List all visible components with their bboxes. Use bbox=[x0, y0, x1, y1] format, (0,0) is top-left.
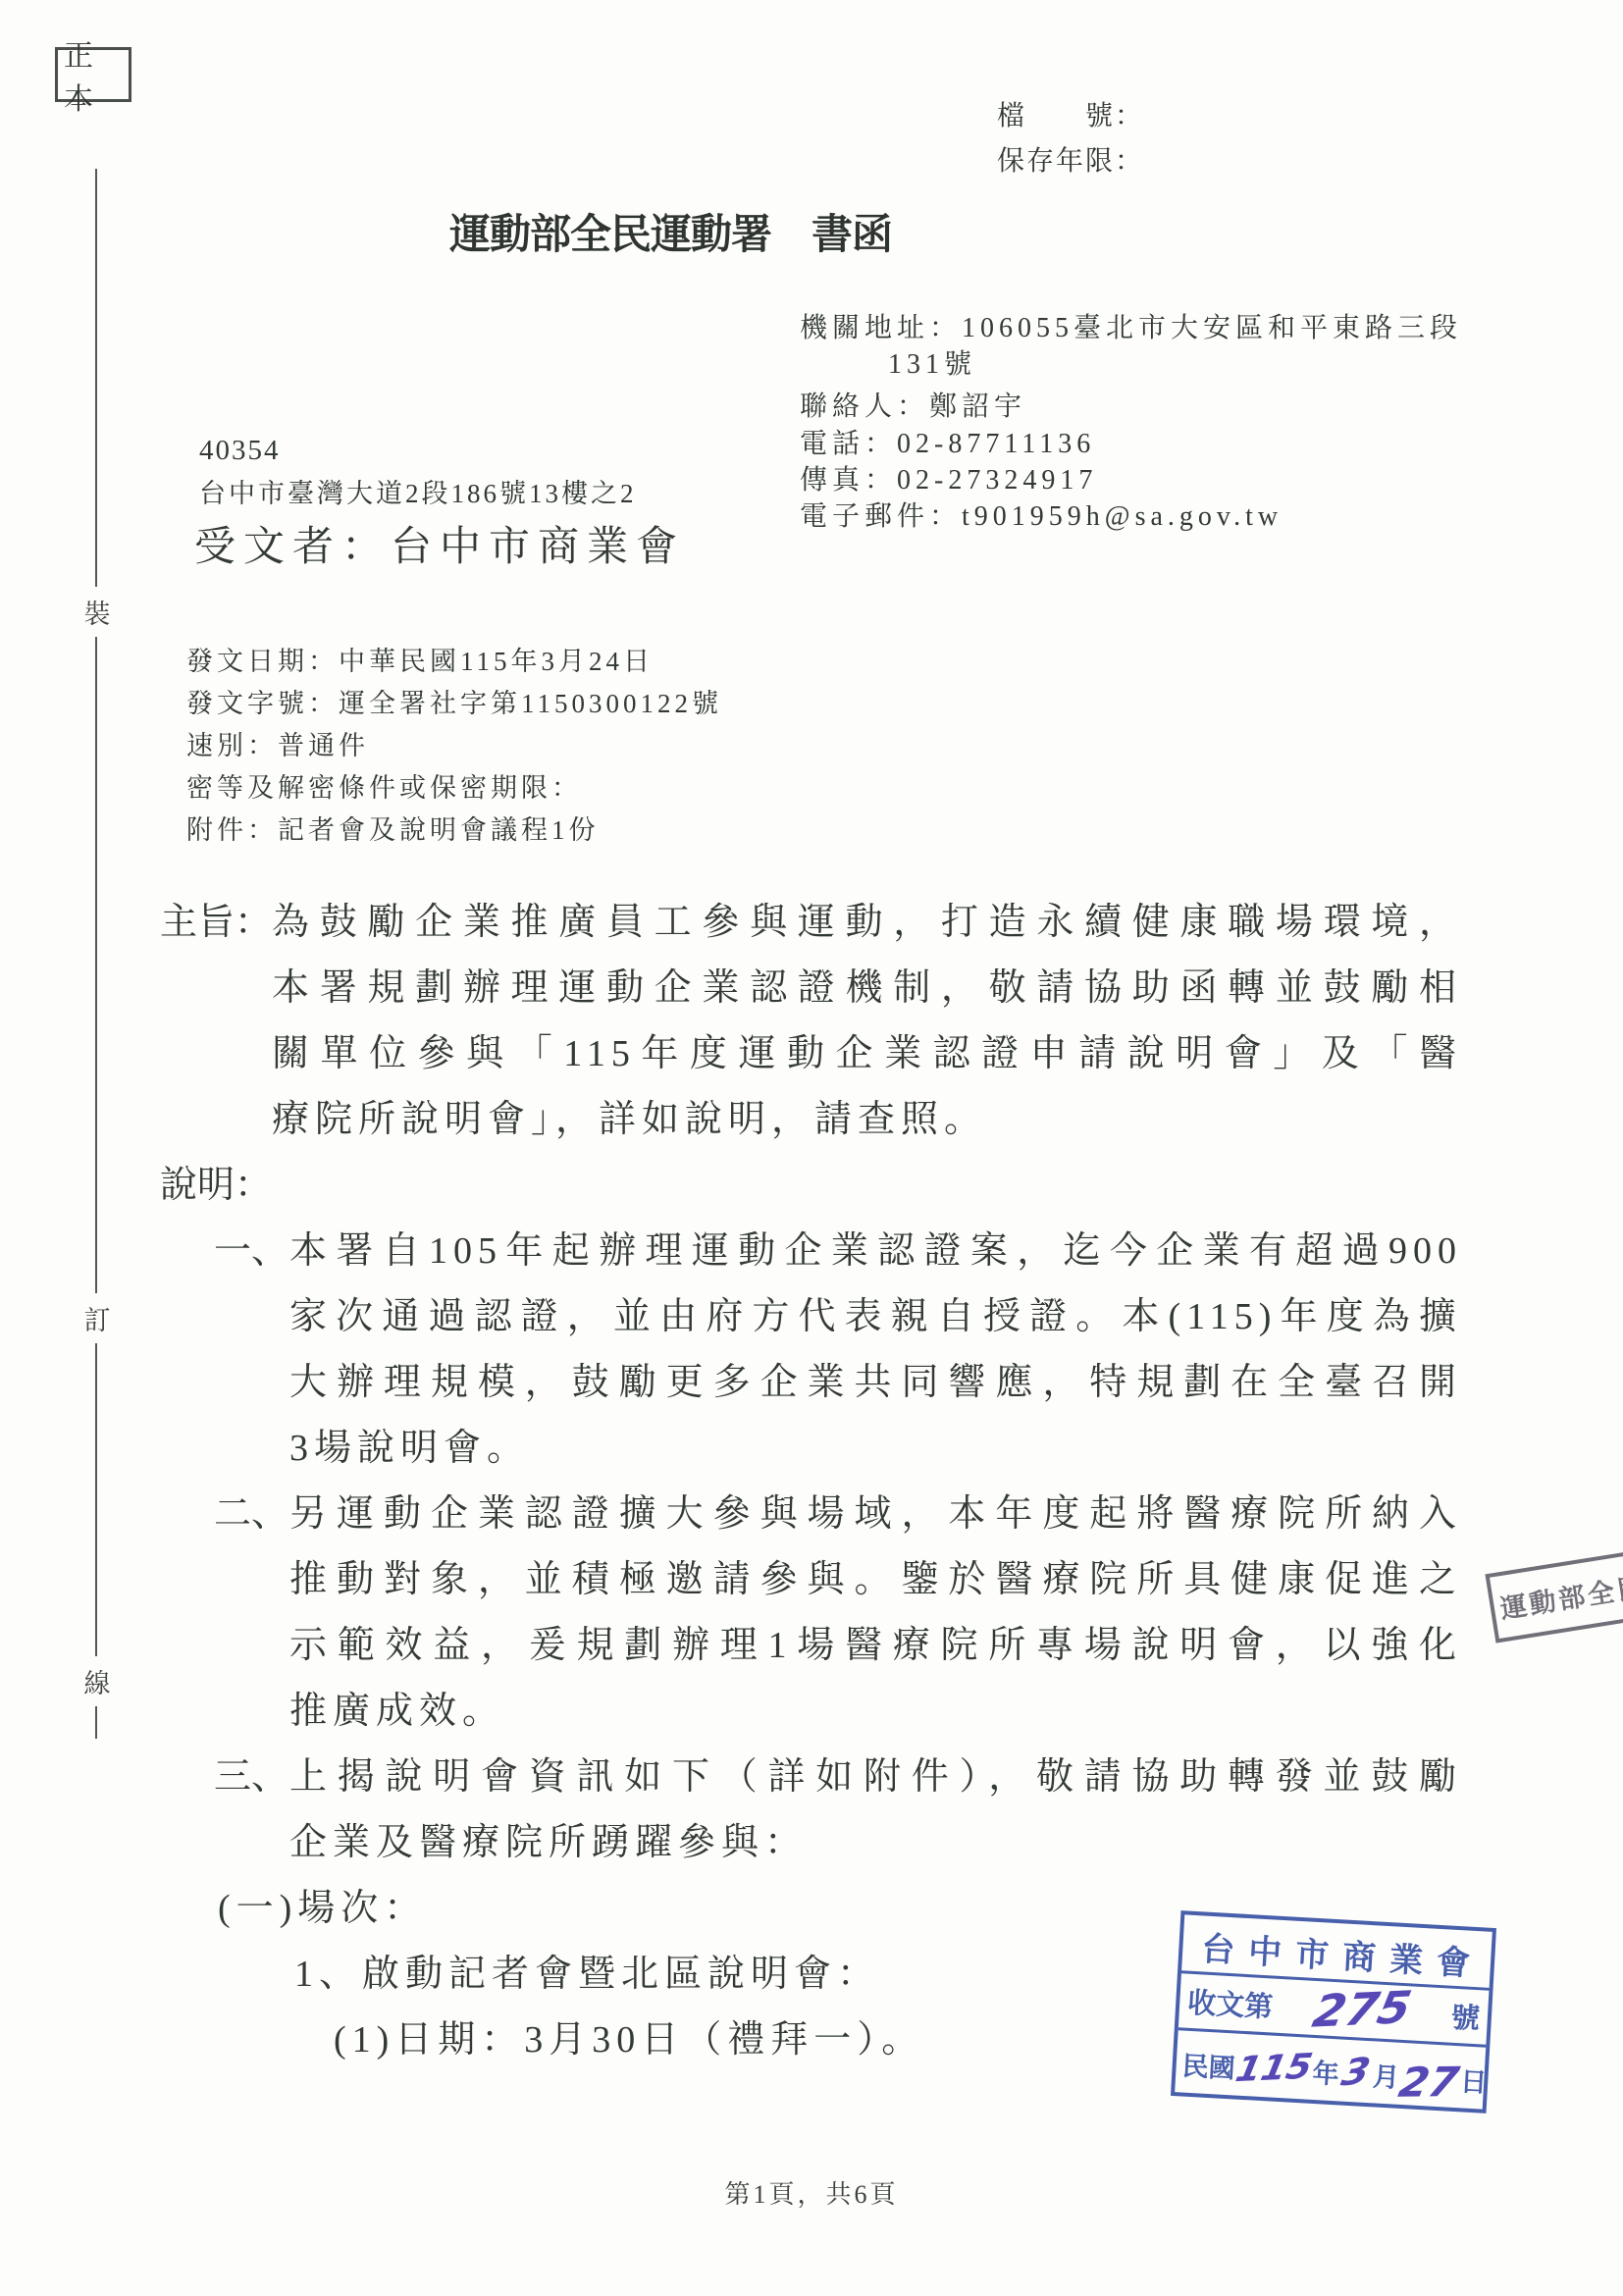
received-stamp-month-unit: 月 bbox=[1372, 2055, 1400, 2094]
binding-line bbox=[95, 169, 97, 1739]
subject-line: 為鼓勵企業推廣員工參與運動，打造永續健康職場環境， bbox=[272, 901, 1462, 952]
binding-char-xian: 線 bbox=[80, 1656, 114, 1706]
item-line: 企業及醫療院所踴躍參與： bbox=[289, 1821, 808, 1866]
received-stamp-handwritten-year: 115 bbox=[1232, 2047, 1316, 2090]
agency-phone: 電話：02-87711136 bbox=[800, 422, 1095, 461]
description-label: 說明： bbox=[160, 1164, 272, 1209]
agency-address-line1: 機關地址：106055臺北市大安區和平東路三段 bbox=[800, 306, 1462, 345]
recipient-zip: 40354 bbox=[199, 435, 281, 467]
file-number-label: 檔 號： bbox=[997, 94, 1144, 133]
agency-contact-person: 聯絡人：鄭詔宇 bbox=[800, 385, 1026, 424]
received-stamp-suffix: 號 bbox=[1450, 1996, 1481, 2038]
item-line: 大辦理規模，鼓勵更多企業共同響應，特規劃在全臺召開 bbox=[289, 1361, 1462, 1412]
received-stamp-prefix: 收文第 bbox=[1186, 1981, 1274, 2026]
received-stamp-era: 民國 bbox=[1181, 2045, 1236, 2086]
received-stamp-handwritten-month: 3 bbox=[1338, 2049, 1375, 2094]
received-stamp-year-unit: 年 bbox=[1312, 2052, 1340, 2091]
item-line: 推動對象，並積極邀請參與。鑒於醫療院所具健康促進之 bbox=[289, 1558, 1462, 1609]
item-number: 一、 bbox=[214, 1229, 288, 1275]
agency-fax: 傳真：02-27324917 bbox=[800, 458, 1097, 497]
binding-char-zhuang: 裝 bbox=[80, 587, 114, 637]
item-line: 3場說明會。 bbox=[289, 1427, 530, 1472]
sub-item-line: 1、啟動記者會暨北區說明會： bbox=[294, 1953, 880, 1998]
received-stamp-handwritten-number: 275 bbox=[1266, 1978, 1459, 2039]
subject-label: 主旨： bbox=[160, 901, 272, 946]
sub-item-heading: (一)場次： bbox=[218, 1887, 427, 1932]
received-stamp: 台中市商業會 收文第 275 號 民國 115 年 3 月 27 日 bbox=[1171, 1910, 1496, 2113]
item-line: 本署自105年起辦理運動企業認證案，迄今企業有超過900 bbox=[289, 1229, 1462, 1280]
document-page: 正本 檔 號： 保存年限： 運動部全民運動署 書函 機關地址：106055臺北市… bbox=[0, 0, 1623, 2296]
page-number-footer: 第1頁，共6頁 bbox=[724, 2174, 898, 2211]
retention-label: 保存年限： bbox=[997, 139, 1144, 179]
item-number: 三、 bbox=[214, 1755, 288, 1800]
agency-address-line2: 131號 bbox=[888, 342, 976, 382]
binding-char-ding: 訂 bbox=[80, 1293, 114, 1343]
document-title: 運動部全民運動署 書函 bbox=[449, 202, 892, 261]
copy-type-label: 正本 bbox=[64, 31, 129, 118]
agency-email: 電子郵件：t901959h@sa.gov.tw bbox=[800, 495, 1283, 534]
subject-line: 本署規劃辦理運動企業認證機制，敬請協助函轉並鼓勵相 bbox=[272, 966, 1462, 1018]
item-line: 另運動企業認證擴大參與場域，本年度起將醫療院所納入 bbox=[289, 1492, 1462, 1543]
received-stamp-handwritten-day: 27 bbox=[1394, 2058, 1462, 2106]
meta-security: 密等及解密條件或保密期限： bbox=[186, 766, 582, 805]
copy-type-box: 正本 bbox=[55, 47, 131, 102]
meta-doc-number: 發文字號：運全署社字第1150300122號 bbox=[186, 682, 722, 720]
received-stamp-day-unit: 日 bbox=[1459, 2060, 1488, 2099]
recipient-street: 台中市臺灣大道2段186號13樓之2 bbox=[199, 472, 637, 510]
subject-line: 療院所說明會」，詳如說明，請查照。 bbox=[272, 1098, 987, 1143]
sub-item-line: (1)日期：3月30日（禮拜一）。 bbox=[334, 2018, 924, 2063]
subject-line: 關單位參與「115年度運動企業認證申請說明會」及「醫 bbox=[272, 1032, 1462, 1083]
agency-edge-stamp: 運動部全民運動署 bbox=[1485, 1532, 1623, 1644]
item-line: 示範效益，爰規劃辦理1場醫療院所專場說明會，以強化 bbox=[289, 1624, 1462, 1675]
item-line: 推廣成效。 bbox=[289, 1690, 505, 1735]
meta-date: 發文日期：中華民國115年3月24日 bbox=[186, 640, 654, 678]
meta-attachment: 附件：記者會及說明會議程1份 bbox=[186, 809, 600, 847]
item-number: 二、 bbox=[214, 1492, 288, 1538]
item-line: 上揭說明會資訊如下（詳如附件），敬請協助轉發並鼓勵 bbox=[289, 1755, 1462, 1806]
item-line: 家次通過認證，並由府方代表親自授證。本(115)年度為擴 bbox=[289, 1295, 1462, 1346]
recipient-line: 受文者：台中市商業會 bbox=[194, 514, 685, 573]
meta-speed: 速別：普通件 bbox=[186, 724, 369, 762]
